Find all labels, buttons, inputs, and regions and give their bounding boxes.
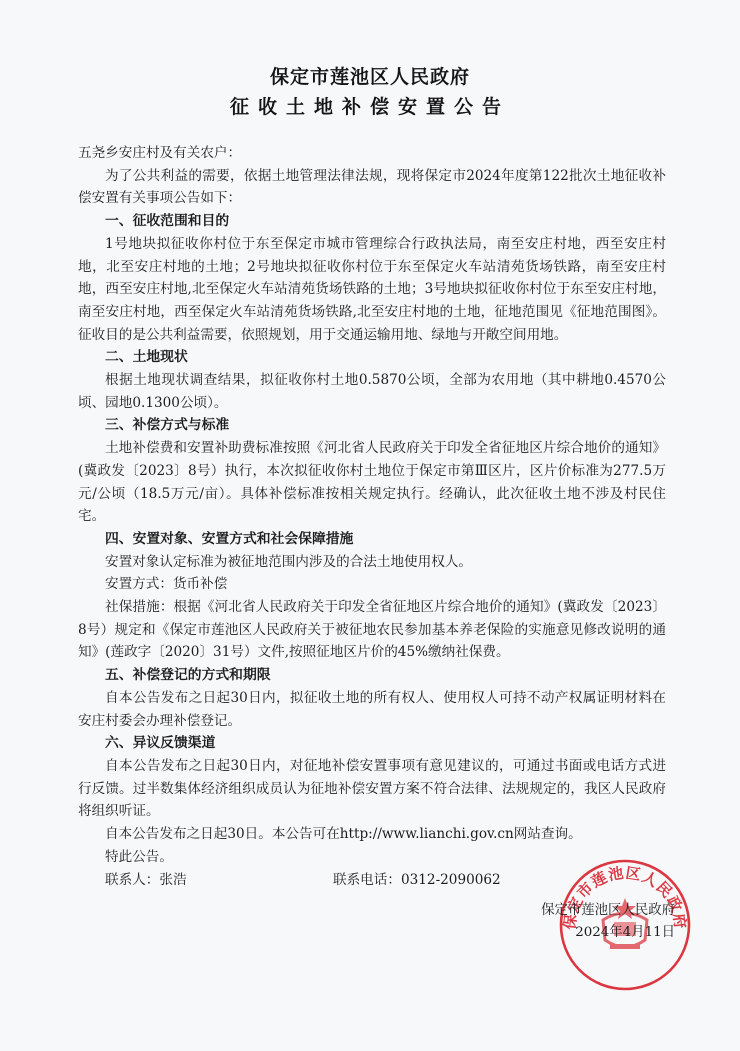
- section-3-heading: 三、补偿方式与标准: [78, 414, 666, 437]
- signature-org: 保定市莲池区人民政府: [525, 900, 675, 922]
- contact-phone: 联系电话：0312-2090062: [306, 869, 501, 892]
- signature-date: 2024年4月11日: [525, 922, 675, 944]
- section-2-heading: 二、土地现状: [78, 346, 666, 369]
- document-body: 五尧乡安庄村及有关农户： 为了公共利益的需要，依据土地管理法律法规，现将保定市2…: [78, 142, 666, 891]
- announcement-page: 保定市莲池区人民政府 征收土地补偿安置公告 五尧乡安庄村及有关农户： 为了公共利…: [0, 0, 740, 1051]
- section-1-paragraph: 1号地块拟征收你村位于东至保定市城市管理综合行政执法局，南至安庄村地，西至安庄村…: [78, 233, 666, 347]
- section-4-paragraph-2: 安置方式：货币补偿: [78, 573, 666, 596]
- section-5-paragraph: 自本公告发布之日起30日内，拟征收土地的所有权人、使用权人可持不动产权属证明材料…: [78, 687, 666, 732]
- section-4-paragraph-1: 安置对象认定标准为被征地范围内涉及的合法土地使用权人。: [78, 551, 666, 574]
- section-4-paragraph-3: 社保措施：根据《河北省人民政府关于印发全省征地区片综合地价的通知》(冀政发〔20…: [78, 596, 666, 664]
- signature-block: 保定市莲池区人民政府 2024年4月11日: [525, 900, 675, 944]
- section-4-heading: 四、安置对象、安置方式和社会保障措施: [78, 528, 666, 551]
- section-6-heading: 六、异议反馈渠道: [78, 732, 666, 755]
- section-6-paragraph: 自本公告发布之日起30日内，对征地补偿安置事项有意见建议的，可通过书面或电话方式…: [78, 755, 666, 823]
- intro-paragraph: 为了公共利益的需要，依据土地管理法律法规，现将保定市2024年度第122批次土地…: [78, 165, 666, 210]
- section-2-paragraph: 根据土地现状调查结果，拟征收你村土地0.5870公顷，全部为农用地（其中耕地0.…: [78, 369, 666, 414]
- section-5-heading: 五、补偿登记的方式和期限: [78, 664, 666, 687]
- validity-line: 自本公告发布之日起30日。本公告可在http://www.lianchi.gov…: [78, 823, 666, 846]
- section-1-heading: 一、征收范围和目的: [78, 210, 666, 233]
- issuer-title: 保定市莲池区人民政府: [0, 62, 740, 89]
- recipient-line: 五尧乡安庄村及有关农户：: [78, 142, 666, 165]
- document-title: 征收土地补偿安置公告: [0, 92, 740, 119]
- contact-person: 联系人：张浩: [105, 872, 187, 888]
- section-3-paragraph: 土地补偿费和安置补助费标准按照《河北省人民政府关于印发全省征地区片综合地价的通知…: [78, 437, 666, 528]
